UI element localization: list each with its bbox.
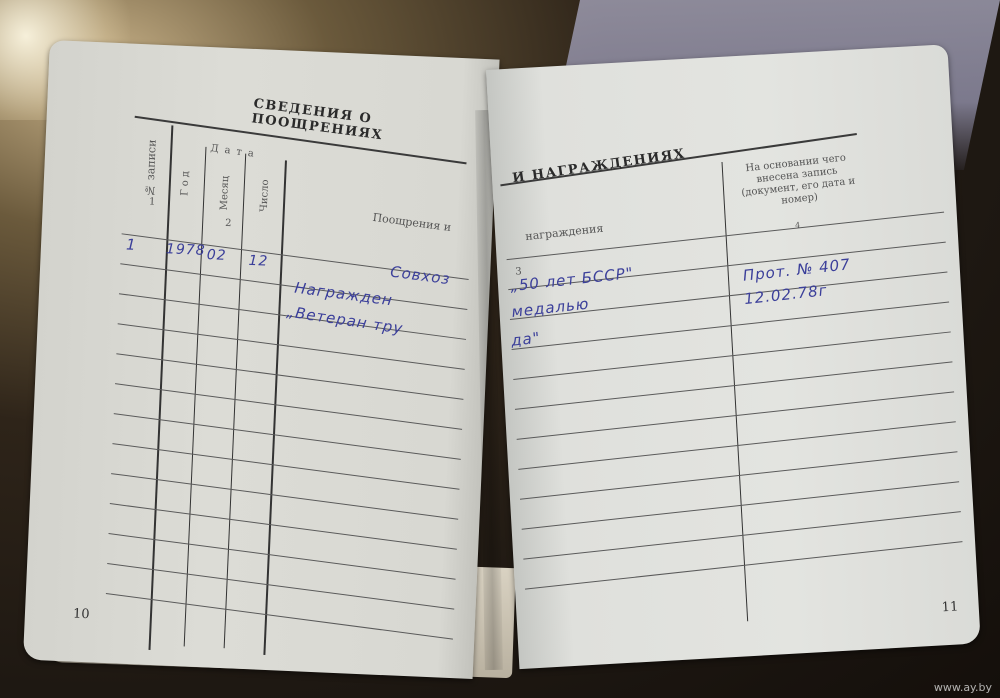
column-header-awards-part2: награждения — [525, 222, 604, 243]
entry-award-line-6: да" — [510, 329, 541, 350]
column-header-year: Год — [179, 168, 191, 196]
table-row-line — [108, 533, 455, 580]
table-row-line — [106, 593, 453, 640]
table-row-line — [111, 473, 458, 520]
table-row-line — [114, 413, 461, 460]
column-header-basis: На основании чего внесена запись (докуме… — [735, 151, 859, 212]
table-row-line — [115, 383, 462, 430]
right-page: И НАГРАЖДЕНИЯХ На основании чего внесена… — [486, 44, 981, 669]
column-divider — [722, 162, 749, 621]
entry-award-line-4: „50 лет БССР" — [509, 264, 634, 295]
column-header-record-no: № записи — [143, 139, 158, 197]
entry-award-line-5: медалью — [511, 295, 591, 321]
watermark: www.ay.by — [934, 681, 992, 694]
column-header-month: Месяц — [219, 176, 231, 211]
column-number-1: 1 — [149, 196, 156, 207]
entry-award-line-1: Совхоз — [389, 263, 451, 289]
table-row-line — [118, 323, 465, 370]
column-divider — [263, 160, 286, 655]
page-number-right: 11 — [941, 599, 958, 615]
entry-year: 1978 — [166, 241, 206, 259]
entry-month: 02 — [206, 247, 227, 264]
column-header-awards-part1: Поощрения и — [372, 211, 452, 234]
table-row-line — [116, 353, 463, 400]
entry-basis-line-2: 12.02.78г — [743, 281, 828, 308]
entry-basis-line-1: Прот. № 407 — [742, 255, 852, 285]
table-row-line — [107, 563, 454, 610]
column-divider — [184, 147, 207, 647]
column-number-2: 2 — [225, 218, 232, 229]
table-row-line — [112, 443, 459, 490]
right-page-title: И НАГРАЖДЕНИЯХ — [511, 146, 686, 186]
column-header-day: Число — [259, 179, 271, 212]
column-header-date: Дата — [210, 143, 261, 160]
page-number-left: 10 — [73, 607, 90, 623]
left-page: СВЕДЕНИЯ О ПООЩРЕНИЯХ № записи 1 Дата Го… — [23, 40, 500, 679]
entry-day: 12 — [248, 253, 269, 270]
table-row-line — [110, 503, 457, 550]
entry-record-no: 1 — [126, 236, 137, 254]
